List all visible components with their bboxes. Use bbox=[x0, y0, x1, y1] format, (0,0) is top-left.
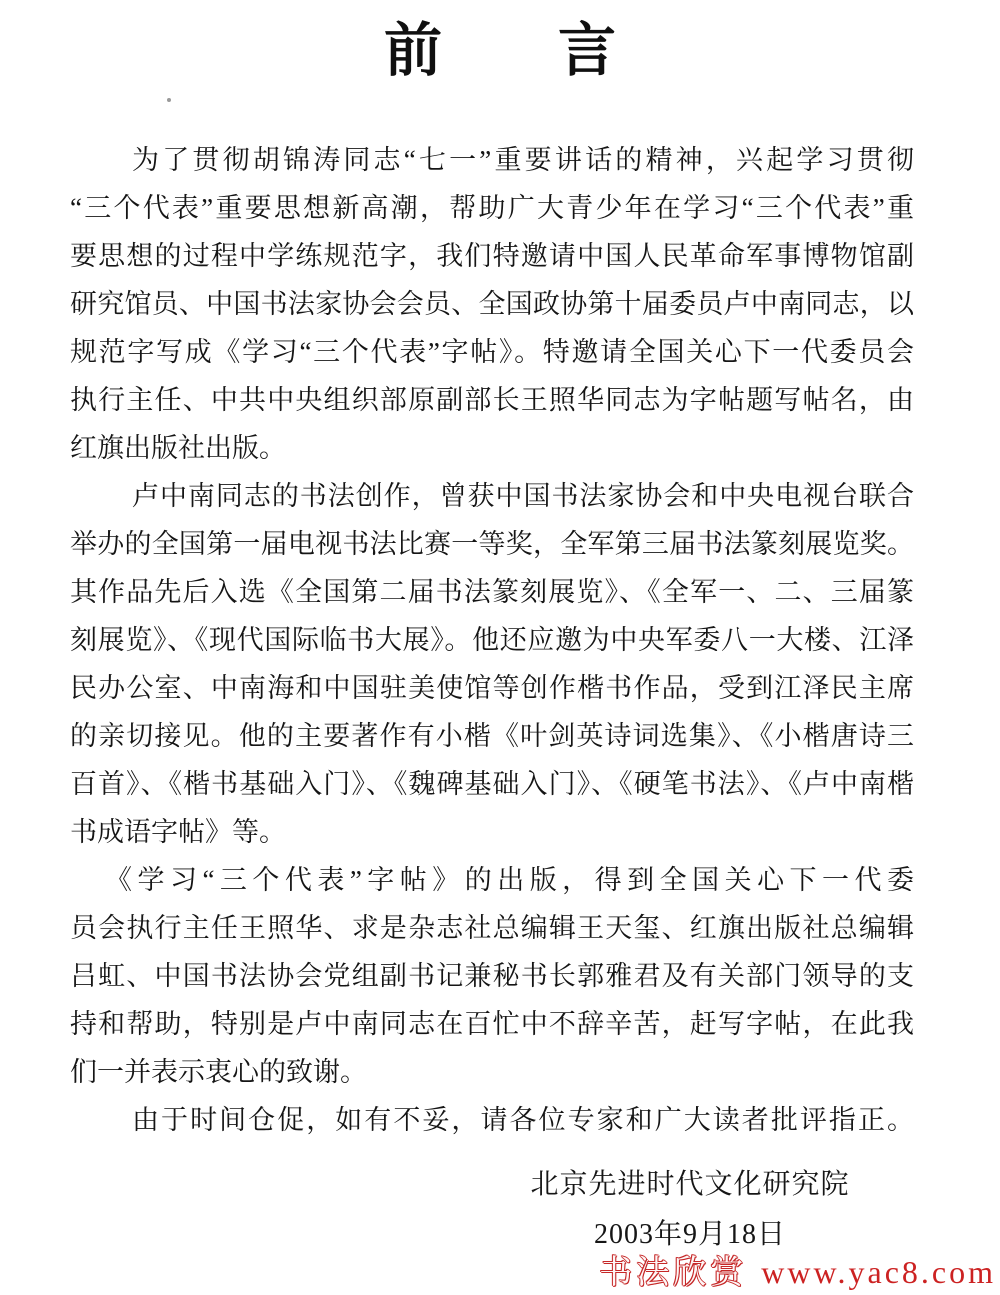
scan-speck bbox=[167, 98, 171, 102]
text-line: 由于时间仓促，如有不妥，请各位专家和广大读者批评指正。 bbox=[70, 1096, 914, 1144]
text-line: 吕虹、中国书法协会党组副书记兼秘书长郭雅君及有关部门领导的支 bbox=[70, 952, 914, 1000]
watermark-url-text: www.yac8.com bbox=[761, 1254, 996, 1290]
signature-org: 北京先进时代文化研究院 bbox=[440, 1160, 940, 1210]
text-line: 红旗出版社出版。 bbox=[70, 424, 914, 472]
paragraph-4: 由于时间仓促，如有不妥，请各位专家和广大读者批评指正。 bbox=[70, 1096, 914, 1144]
text-line: 书成语字帖》等。 bbox=[70, 808, 914, 856]
text-line: 要思想的过程中学练规范字，我们特邀请中国人民革命军事博物馆副 bbox=[70, 232, 914, 280]
text-line: 卢中南同志的书法创作，曾获中国书法家协会和中央电视台联合 bbox=[70, 472, 914, 520]
text-line: 们一并表示衷心的致谢。 bbox=[70, 1048, 914, 1096]
text-line: 百首》、《楷书基础入门》、《魏碑基础入门》、《硬笔书法》、《卢中南楷 bbox=[70, 760, 914, 808]
text-line: “三个代表”重要思想新高潮，帮助广大青少年在学习“三个代表”重 bbox=[70, 184, 914, 232]
paragraph-1: 为了贯彻胡锦涛同志“七一”重要讲话的精神，兴起学习贯彻 “三个代表”重要思想新高… bbox=[70, 136, 914, 472]
paragraph-3: 《学习“三个代表”字帖》的出版，得到全国关心下一代委 员会执行主任王照华、求是杂… bbox=[70, 856, 914, 1096]
signature-block: 北京先进时代文化研究院 2003年9月18日 bbox=[440, 1160, 940, 1260]
text-line: 其作品先后入选《全国第二届书法篆刻展览》、《全军一、二、三届篆 bbox=[70, 568, 914, 616]
text-line: 的亲切接见。他的主要著作有小楷《叶剑英诗词选集》、《小楷唐诗三 bbox=[70, 712, 914, 760]
text-line: 民办公室、中南海和中国驻美使馆等创作楷书作品，受到江泽民主席 bbox=[70, 664, 914, 712]
watermark: 书法欣赏 www.yac8.com bbox=[599, 1246, 996, 1293]
text-line: 执行主任、中共中央组织部原副部长王照华同志为字帖题写帖名，由 bbox=[70, 376, 914, 424]
text-line: 研究馆员、中国书法家协会会员、全国政协第十届委员卢中南同志，以 bbox=[70, 280, 914, 328]
body-text: 为了贯彻胡锦涛同志“七一”重要讲话的精神，兴起学习贯彻 “三个代表”重要思想新高… bbox=[70, 136, 914, 1144]
watermark-brand-text: 书法欣赏 bbox=[599, 1255, 747, 1291]
text-line: 规范字写成《学习“三个代表”字帖》。特邀请全国关心下一代委员会 bbox=[70, 328, 914, 376]
scanned-preface-page: 前言 为了贯彻胡锦涛同志“七一”重要讲话的精神，兴起学习贯彻 “三个代表”重要思… bbox=[0, 0, 1000, 1295]
text-line: 员会执行主任王照华、求是杂志社总编辑王天玺、红旗出版社总编辑 bbox=[70, 904, 914, 952]
paragraph-2: 卢中南同志的书法创作，曾获中国书法家协会和中央电视台联合 举办的全国第一届电视书… bbox=[70, 472, 914, 856]
text-line: 持和帮助，特别是卢中南同志在百忙中不辞辛苦，赶写字帖，在此我 bbox=[70, 1000, 914, 1048]
page-title: 前言 bbox=[0, 0, 1000, 86]
text-line: 《学习“三个代表”字帖》的出版，得到全国关心下一代委 bbox=[70, 856, 914, 904]
text-line: 刻展览》、《现代国际临书大展》。他还应邀为中央军委八一大楼、江泽 bbox=[70, 616, 914, 664]
text-line: 举办的全国第一届电视书法比赛一等奖，全军第三届书法篆刻展览奖。 bbox=[70, 520, 914, 568]
text-line: 为了贯彻胡锦涛同志“七一”重要讲话的精神，兴起学习贯彻 bbox=[70, 136, 914, 184]
